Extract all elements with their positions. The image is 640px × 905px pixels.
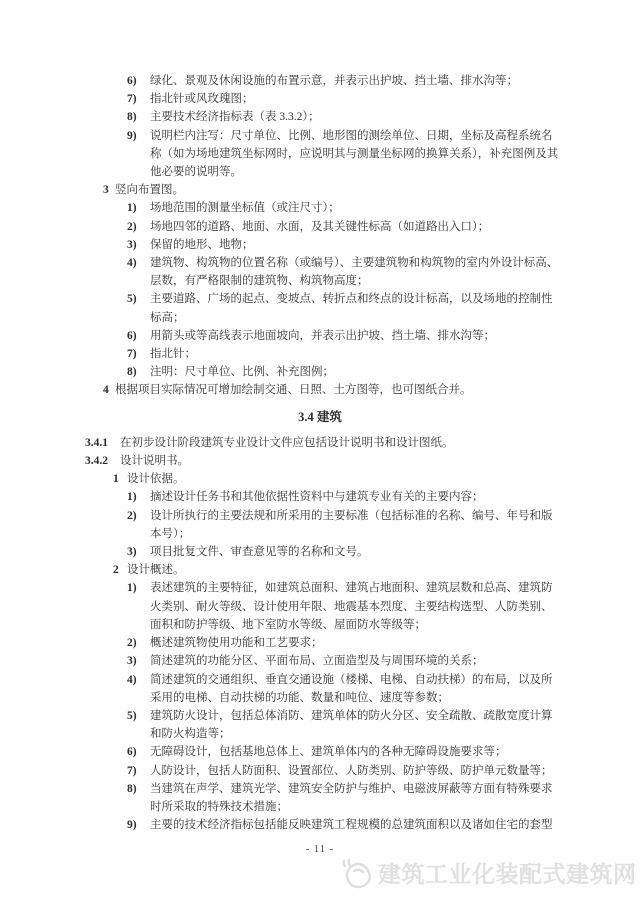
line-text: 面积和防护等级、地下室防水等级、屋面防水等级等； [150, 619, 426, 631]
line-text: 人防设计，包括人防面积、设置部位、人防类别、防护等级、防护单元数量等； [150, 765, 553, 777]
doc-line: 5)主要道路、广场的起点、变坡点、转折点和终点的设计标高，以及场地的控制性 [0, 290, 640, 308]
doc-line: 8)主要技术经济指标表（表 3.3.2）； [0, 108, 640, 126]
line-text: 层数，有严格限制的建筑物、构筑物高度； [150, 275, 369, 287]
line-text: 项目批复文件、审查意见等的名称和文号。 [150, 546, 369, 558]
section-heading: 3.4 建筑 [0, 408, 640, 426]
doc-line: 8)注明：尺寸单位、比例、补充图例； [0, 363, 640, 381]
line-marker: 9) [127, 816, 150, 834]
line-marker: 2) [127, 634, 150, 652]
line-text: 用箭头或等高线表示地面坡向，并表示出护坡、挡土墙、排水沟等； [150, 330, 495, 342]
doc-line: 5)建筑防火设计，包括总体消防、建筑单体的防火分区、安全疏散、疏散宽度计算 [0, 707, 640, 725]
line-text: 保留的地形、地物； [150, 239, 254, 251]
line-text: 摘述设计任务书和其他依据性资料中与建筑专业有关的主要内容； [150, 491, 484, 503]
line-marker: 4) [127, 254, 150, 272]
doc-line: 3竖向布置图。 [0, 181, 640, 199]
doc-line: 6)用箭头或等高线表示地面坡向，并表示出护坡、挡土墙、排水沟等； [0, 327, 640, 345]
doc-line: 本号）； [0, 525, 640, 543]
line-text: 主要的技术经济指标包括能反映建筑工程规模的总建筑面积以及诸如住宅的套型 [150, 819, 553, 831]
line-text: 当建筑在声学、建筑光学、建筑安全防护与维护、电磁波屏蔽等方面有特殊要求 [150, 783, 553, 795]
line-text: 本号）； [150, 528, 190, 540]
doc-line: 2)场地四邻的道路、地面、水面，及其关键性标高（如道路出入口）； [0, 218, 640, 236]
doc-line: 2设计概述。 [0, 561, 640, 579]
doc-line: 4)建筑物、构筑物的位置名称（或编号）、主要建筑物和构筑物的室内外设计标高、 [0, 254, 640, 272]
doc-line: 称（如为场地建筑坐标网时，应说明其与测量坐标网的换算关系），补充图例及其 [0, 145, 640, 163]
line-marker: 3.4.1 [85, 434, 120, 452]
doc-line: 面积和防护等级、地下室防水等级、屋面防水等级等； [0, 616, 640, 634]
doc-line: 3)简述建筑的功能分区、平面布局、立面造型及与周围环境的关系； [0, 652, 640, 670]
doc-line: 3.4.2设计说明书。 [0, 452, 640, 470]
doc-line: 1)表述建筑的主要特征，如建筑总面积、建筑占地面积、建筑层数和总高、建筑防 [0, 579, 640, 597]
line-text: 设计依据。 [127, 473, 185, 485]
line-text: 火类别、耐火等级、设计使用年限、地震基本烈度、主要结构选型、人防类别、 [150, 601, 553, 613]
line-marker: 7) [127, 762, 150, 780]
doc-line: 时所采取的特殊技术措施； [0, 798, 640, 816]
doc-line: 6)无障碍设计，包括基地总体上、建筑单体内的各种无障碍设施要求等； [0, 743, 640, 761]
line-marker: 3.4.2 [85, 452, 120, 470]
line-text: 表述建筑的主要特征，如建筑总面积、建筑占地面积、建筑层数和总高、建筑防 [150, 582, 553, 594]
doc-line: 3)保留的地形、地物； [0, 236, 640, 254]
line-marker: 2) [127, 218, 150, 236]
doc-line: 7)指北针或风玫瑰图； [0, 90, 640, 108]
line-text: 时所采取的特殊技术措施； [150, 801, 288, 813]
line-text: 指北针； [150, 348, 196, 360]
line-marker: 5) [127, 707, 150, 725]
line-marker: 3) [127, 236, 150, 254]
line-marker: 9) [127, 127, 150, 145]
doc-line: 采用的电梯、自动扶梯的功能、数量和吨位、速度等参数； [0, 689, 640, 707]
swirl-logo-icon [340, 854, 378, 890]
document-content: 6)绿化、景观及休闲设施的布置示意，并表示出护坡、挡土墙、排水沟等；7)指北针或… [0, 0, 640, 834]
line-marker: 7) [127, 345, 150, 363]
line-marker: 8) [127, 108, 150, 126]
doc-line: 7)指北针； [0, 345, 640, 363]
document-page: 6)绿化、景观及休闲设施的布置示意，并表示出护坡、挡土墙、排水沟等；7)指北针或… [0, 0, 640, 905]
doc-line: 8)当建筑在声学、建筑光学、建筑安全防护与维护、电磁波屏蔽等方面有特殊要求 [0, 780, 640, 798]
doc-line: 4)简述建筑的交通组织、垂直交通设施（楼梯、电梯、自动扶梯）的布局，以及所 [0, 671, 640, 689]
line-text: 主要技术经济指标表（表 3.3.2）； [150, 111, 320, 123]
line-marker: 1) [127, 488, 150, 506]
doc-line: 3.4.1在初步设计阶段建筑专业设计文件应包括设计说明书和设计图纸。 [0, 434, 640, 452]
line-marker: 2 [113, 561, 127, 579]
page-number: - 11 - [0, 844, 640, 855]
watermark-text: 建筑工业化装配式建筑网 [378, 856, 637, 889]
line-text: 标高； [150, 312, 185, 324]
doc-line: 标高； [0, 309, 640, 327]
line-marker: 3) [127, 652, 150, 670]
line-text: 主要道路、广场的起点、变坡点、转折点和终点的设计标高，以及场地的控制性 [150, 293, 553, 305]
watermark: 建筑工业化装配式建筑网 [340, 854, 637, 890]
line-marker: 4) [127, 671, 150, 689]
line-text: 建筑物、构筑物的位置名称（或编号）、主要建筑物和构筑物的室内外设计标高、 [150, 257, 558, 269]
doc-line: 1)摘述设计任务书和其他依据性资料中与建筑专业有关的主要内容； [0, 488, 640, 506]
line-text: 说明栏内注写：尺寸单位、比例、地形图的测绘单位、日期，坐标及高程系统名 [150, 130, 553, 142]
doc-line: 9)主要的技术经济指标包括能反映建筑工程规模的总建筑面积以及诸如住宅的套型 [0, 816, 640, 834]
doc-line: 1)场地范围的测量坐标值（或注尺寸）； [0, 199, 640, 217]
line-text: 在初步设计阶段建筑专业设计文件应包括设计说明书和设计图纸。 [120, 437, 454, 449]
line-text: 注明：尺寸单位、比例、补充图例； [150, 366, 334, 378]
doc-line: 3)项目批复文件、审查意见等的名称和文号。 [0, 543, 640, 561]
line-text: 指北针或风玫瑰图； [150, 93, 254, 105]
line-text: 场地范围的测量坐标值（或注尺寸）； [150, 202, 340, 214]
line-text: 简述建筑的功能分区、平面布局、立面造型及与周围环境的关系； [150, 655, 484, 667]
line-marker: 8) [127, 363, 150, 381]
line-marker: 1 [113, 470, 127, 488]
line-marker: 8) [127, 780, 150, 798]
line-text: 根据项目实际情况可增加绘制交通、日照、土方图等，也可图纸合并。 [115, 384, 472, 396]
line-text: 场地四邻的道路、地面、水面，及其关键性标高（如道路出入口）； [150, 221, 489, 233]
line-marker: 5) [127, 290, 150, 308]
line-marker: 2) [127, 507, 150, 525]
line-marker: 6) [127, 72, 150, 90]
doc-line: 4根据项目实际情况可增加绘制交通、日照、土方图等，也可图纸合并。 [0, 381, 640, 399]
doc-line: 9)说明栏内注写：尺寸单位、比例、地形图的测绘单位、日期，坐标及高程系统名 [0, 127, 640, 145]
line-text: 他必要的说明等。 [150, 166, 242, 178]
line-text: 无障碍设计，包括基地总体上、建筑单体内的各种无障碍设施要求等； [150, 746, 507, 758]
line-text: 概述建筑物使用功能和工艺要求； [150, 637, 323, 649]
line-text: 绿化、景观及休闲设施的布置示意，并表示出护坡、挡土墙、排水沟等； [150, 75, 518, 87]
line-text: 简述建筑的交通组织、垂直交通设施（楼梯、电梯、自动扶梯）的布局，以及所 [150, 674, 553, 686]
line-marker: 6) [127, 743, 150, 761]
doc-line: 层数，有严格限制的建筑物、构筑物高度； [0, 272, 640, 290]
line-text: 竖向布置图。 [115, 184, 184, 196]
doc-line: 2)概述建筑物使用功能和工艺要求； [0, 634, 640, 652]
line-marker: 6) [127, 327, 150, 345]
doc-line: 1设计依据。 [0, 470, 640, 488]
line-marker: 3) [127, 543, 150, 561]
doc-line: 7)人防设计，包括人防面积、设置部位、人防类别、防护等级、防护单元数量等； [0, 762, 640, 780]
line-text: 设计说明书。 [120, 455, 189, 467]
line-marker: 4 [103, 381, 115, 399]
line-text: 设计概述。 [127, 564, 185, 576]
doc-line: 2)设计所执行的主要法规和所采用的主要标准（包括标准的名称、编号、年号和版 [0, 507, 640, 525]
line-text: 和防火构造等； [150, 728, 231, 740]
line-text: 设计所执行的主要法规和所采用的主要标准（包括标准的名称、编号、年号和版 [150, 510, 553, 522]
line-marker: 1) [127, 199, 150, 217]
line-marker: 7) [127, 90, 150, 108]
line-marker: 1) [127, 579, 150, 597]
doc-line: 6)绿化、景观及休闲设施的布置示意，并表示出护坡、挡土墙、排水沟等； [0, 72, 640, 90]
line-text: 称（如为场地建筑坐标网时，应说明其与测量坐标网的换算关系），补充图例及其 [150, 148, 558, 160]
doc-line: 和防火构造等； [0, 725, 640, 743]
line-marker: 3 [103, 181, 115, 199]
line-text: 采用的电梯、自动扶梯的功能、数量和吨位、速度等参数； [150, 692, 449, 704]
doc-line: 火类别、耐火等级、设计使用年限、地震基本烈度、主要结构选型、人防类别、 [0, 598, 640, 616]
doc-line: 他必要的说明等。 [0, 163, 640, 181]
line-text: 建筑防火设计，包括总体消防、建筑单体的防火分区、安全疏散、疏散宽度计算 [150, 710, 553, 722]
